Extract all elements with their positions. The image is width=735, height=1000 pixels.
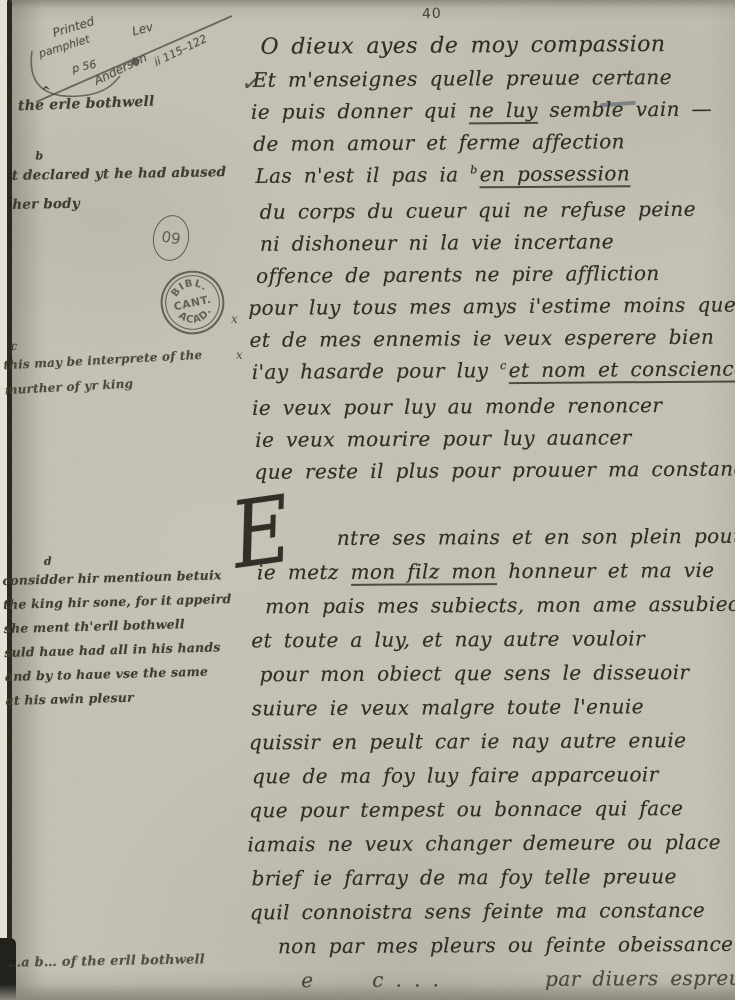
page-edge-left-margin (0, 0, 7, 1000)
library-stamp: BIBL. CANT. ACAD. (153, 263, 232, 342)
poem-line: et de mes ennemis ie veux esperere bien (249, 320, 735, 356)
text-segment: offence de parents ne pire affliction (256, 261, 660, 288)
text-segment: honneur et ma vie (497, 558, 715, 583)
margin-note-king-his-sone: d considder hir mentioun betuixthe king … (2, 563, 234, 713)
text-segment: and by to haue vse the same (5, 664, 208, 684)
poem-line: pour luy tous mes amys i'estime moins qu… (248, 288, 735, 324)
text-segment: at his awin plesur (5, 690, 134, 708)
text-segment: her body (12, 196, 80, 213)
text-segment: ne luy (469, 98, 538, 124)
text-segment: the king hir sone, for it appeird (3, 591, 232, 612)
text-segment: que reste il plus pour prouuer ma consta… (254, 456, 735, 484)
text-segment: ie puis donner qui (251, 98, 469, 124)
poem-line: ntre ses mains et en son plein pouuoir (337, 519, 735, 555)
text-segment: suiure ie veux malgre toute l'enuie (252, 694, 644, 720)
text-segment: i'ay hasarde pour luy (252, 358, 501, 384)
text-segment: — (692, 97, 713, 121)
text-segment: en possession (480, 161, 631, 188)
margin-note-line: at his awin plesur (5, 683, 234, 713)
poem-line: que pour tempest ou bonnace qui face (249, 791, 735, 828)
poem-line: iamais ne veux changer demeure ou place (247, 825, 735, 862)
poem-line: ie veux mourire pour luy auancer (255, 420, 735, 456)
poem-line: de mon amour et ferme affection (253, 124, 735, 160)
poem-line: du corps du cueur qui ne refuse peine (260, 192, 735, 228)
margin-note-bottom-cut: …a b… of the erll bothwell (8, 952, 205, 970)
sonnet-1: O dieux ayes de moy compassionEt m'ensei… (246, 28, 735, 488)
margin-note-line: her body (12, 187, 227, 220)
text-segment: iamais ne veux changer demeure ou place (247, 830, 721, 856)
text-segment: …a b… of the erll bothwell (8, 952, 205, 970)
poem-line: offence de parents ne pire affliction (256, 256, 735, 292)
poem-line: e c . . . par diuers espreuue (301, 961, 735, 997)
text-segment: de mon amour et ferme affection (253, 129, 625, 156)
text-segment: e c . . . par diuers espreuue (301, 966, 735, 992)
note-ref-mark: ^ (41, 84, 51, 97)
text-segment: brief ie farray de ma foy telle preuue (252, 864, 677, 890)
pencil-circled-number: 09 (149, 212, 192, 264)
text-segment: ie veux pour luy au monde renoncer (252, 393, 662, 420)
text-segment: t declared yt he had abused (12, 164, 227, 184)
note-ref-mark: b (35, 149, 43, 162)
manuscript-page-photo: 40 Printed pamphlet p 56 Lev Anderson ii… (0, 0, 735, 1000)
poem-line: brief ie farray de ma foy telle preuue (252, 859, 735, 896)
folio-number: 40 (422, 6, 442, 23)
poem-line: et toute a luy, et nay autre vouloir (251, 621, 735, 658)
poem-line: ie veux pour luy au monde renoncer (252, 388, 735, 424)
text-segment: Et m'enseignes quelle preuue certane (253, 65, 672, 92)
poem-line: mon pais mes subiects, mon ame assubiect… (265, 587, 735, 624)
poem-line: quil connoistra sens feinte ma constance (250, 893, 735, 930)
poem-line: non par mes pleurs ou feinte obeissance (278, 927, 735, 964)
text-segment: et de mes ennemis ie veux esperere bien (249, 325, 714, 352)
sonnet-2: ntre ses mains et en son plein pouuoirie… (245, 519, 735, 998)
text-segment: mon pais mes subiects, mon ame assubiect… (265, 592, 735, 619)
note-ref-mark: d (44, 555, 52, 568)
text-segment: murther of yr king (4, 376, 133, 397)
text-segment: et toute a luy, et nay autre vouloir (251, 626, 645, 652)
poem-line: que reste il plus pour prouuer ma consta… (254, 452, 735, 488)
margin-note-abused-body: b t declared yt he had abusedher body (12, 158, 228, 220)
poem-line: quissir en peult car ie nay autre enuie (249, 723, 735, 760)
text-segment: ie metz (257, 560, 351, 584)
poem-line: ni dishoneur ni la vie incertane (260, 224, 735, 260)
poem-line: i'ay hasarde pour luy cet nom et conscie… (252, 352, 735, 392)
text-segment: suld haue had all in his hands (4, 639, 221, 660)
margin-note-line: …a b… of the erll bothwell (8, 952, 205, 970)
text-segment: quil connoistra sens feinte ma constance (250, 898, 705, 924)
margin-cross-mark: x (231, 312, 238, 326)
poem-line: ie metz mon filz mon honneur et ma vie (257, 553, 735, 590)
text-segment: que pour tempest ou bonnace qui face (249, 796, 683, 822)
poem-line: O dieux ayes de moy compassion (260, 28, 735, 64)
text-segment: O dieux ayes de moy compassion (260, 32, 665, 60)
text-segment: quissir en peult car ie nay autre enuie (249, 728, 687, 754)
margin-note-murther-king: c this may be interprete of themurther o… (3, 343, 204, 403)
text-segment: c (500, 359, 507, 372)
text-segment: pour luy tous mes amys i'estime moins qu… (248, 292, 735, 320)
text-segment: considder hir mentioun betuix (2, 567, 222, 588)
margin-note-line: t declared yt he had abused (12, 158, 227, 191)
poem-line: que de ma foy luy faire apparceuoir (252, 757, 735, 794)
text-segment: she ment th'erll bothwell (4, 616, 185, 636)
text-segment: que de ma foy luy faire apparceuoir (252, 762, 659, 788)
text-segment: this may be interprete of the (3, 348, 203, 372)
text-segment: ie veux mourire pour luy auancer (255, 425, 632, 452)
text-segment: mon filz mon (350, 559, 496, 586)
text-segment: b (470, 163, 478, 176)
text-segment: ntre ses mains et en son plein pouuoir (337, 524, 735, 550)
text-segment: pour mon obiect que sens le disseuoir (259, 660, 689, 686)
text-segment: non par mes pleurs ou feinte obeissance (278, 932, 734, 958)
poem-line: ie puis donner qui ne luy semble vain — (251, 92, 735, 128)
poem-line: suiure ie veux malgre toute l'enuie (252, 689, 735, 726)
text-segment: Las n'est il pas ia (255, 162, 470, 187)
margin-cross-mark: x (236, 348, 243, 362)
text-segment: semble vain (538, 97, 692, 122)
text-segment: ni dishoneur ni la vie incertane (260, 229, 614, 255)
poem-line: Et m'enseignes quelle preuue certane (253, 60, 735, 96)
text-segment: et nom et conscience (509, 356, 735, 384)
note-ref-mark: c (10, 339, 18, 352)
poem-line: pour mon obiect que sens le disseuoir (259, 655, 735, 692)
text-segment: du corps du cueur qui ne refuse peine (260, 197, 696, 224)
poem-line: Las n'est il pas ia ben possession (255, 156, 735, 196)
